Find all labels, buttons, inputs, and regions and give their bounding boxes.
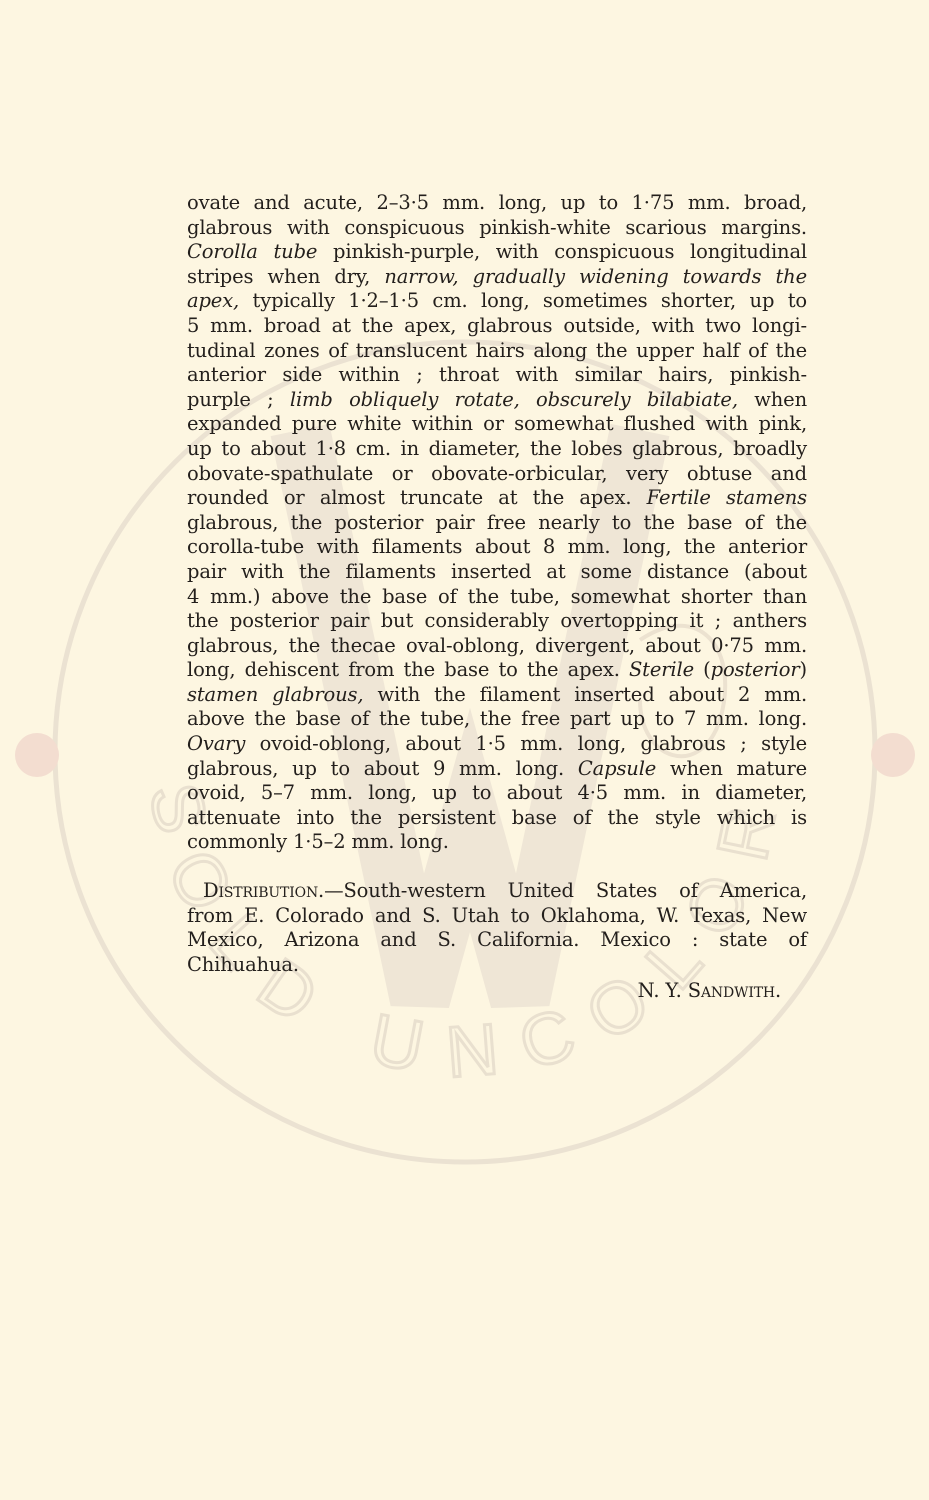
description-line: rounded or almost truncate at the apex. … [187, 486, 807, 511]
description-line: stripes when dry, narrow, gradually wide… [187, 265, 807, 290]
distribution-line-1: Distribution.—South-western United State… [187, 879, 807, 904]
italic-term: Corolla tube [187, 240, 317, 263]
text-run: when mature [656, 757, 807, 780]
description-line: pair with the filaments inserted at some… [187, 560, 807, 585]
description-line: expanded pure white within or somewhat f… [187, 412, 807, 437]
description-line: attenuate into the persistent base of th… [187, 806, 807, 831]
text-run: ovoid, 5–7 mm. long, up to about 4·5 mm.… [187, 781, 807, 804]
description-line: long, dehiscent from the base to the ape… [187, 658, 807, 683]
text-run: anterior side within ; throat with simil… [187, 363, 807, 386]
text-run: up to about 1·8 cm. in diameter, the lob… [187, 437, 807, 460]
text-run: attenuate into the persistent base of th… [187, 806, 807, 829]
text-run: pinkish-purple, with conspicuous longitu… [317, 240, 807, 263]
text-run: with the filament inserted about 2 mm. [363, 683, 807, 706]
italic-term: narrow, gradually widening towards the [384, 265, 807, 288]
text-run: purple ; [187, 388, 290, 411]
description-line: 5 mm. broad at the apex, glabrous outsid… [187, 314, 807, 339]
italic-term: Sterile [629, 658, 694, 681]
description-line: ovoid, 5–7 mm. long, up to about 4·5 mm.… [187, 781, 807, 806]
description-line: ovate and acute, 2–3·5 mm. long, up to 1… [187, 191, 807, 216]
italic-term: Ovary [187, 732, 245, 755]
text-run: ovoid-oblong, about 1·5 mm. long, glabro… [245, 732, 807, 755]
description-line: glabrous, up to about 9 mm. long. Capsul… [187, 757, 807, 782]
italic-term: limb obliquely rotate, obscurely bilabia… [290, 388, 738, 411]
description-line: tudinal zones of translucent hairs along… [187, 339, 807, 364]
description-line: purple ; limb obliquely rotate, obscurel… [187, 388, 807, 413]
italic-term: Fertile stamens [647, 486, 807, 509]
text-run: corolla-tube with filaments about 8 mm. … [187, 535, 807, 558]
description-line: glabrous, the thecae oval-oblong, diverg… [187, 634, 807, 659]
text-run: the posterior pair but considerably over… [187, 609, 807, 632]
description-line: up to about 1·8 cm. in diameter, the lob… [187, 437, 807, 462]
text-run: glabrous, up to about 9 mm. long. [187, 757, 578, 780]
text-run: stripes when dry, [187, 265, 384, 288]
text-run: 4 mm.) above the base of the tube, somew… [187, 585, 807, 608]
text-run: 5 mm. broad at the apex, glabrous outsid… [187, 314, 807, 337]
description-line: glabrous, the posterior pair free nearly… [187, 511, 807, 536]
text-run: pair with the filaments inserted at some… [187, 560, 807, 583]
text-run: glabrous with conspicuous pinkish-white … [187, 216, 807, 239]
description-line: the posterior pair but considerably over… [187, 609, 807, 634]
watermark-dot-right [871, 733, 915, 777]
description-line: Ovary ovoid-oblong, about 1·5 mm. long, … [187, 732, 807, 757]
text-run: expanded pure white within or somewhat f… [187, 412, 807, 435]
description-line: above the base of the tube, the free par… [187, 707, 807, 732]
text-run: commonly 1·5–2 mm. long. [187, 830, 449, 853]
description-line: Corolla tube pinkish-purple, with conspi… [187, 240, 807, 265]
watermark-dot-left [15, 733, 59, 777]
text-run: ) [800, 658, 807, 681]
document-page: SOLD UNCOLORED ovate and acute, 2–3·5 mm… [0, 0, 929, 1500]
italic-term: posterior [711, 658, 800, 681]
species-description: ovate and acute, 2–3·5 mm. long, up to 1… [187, 191, 807, 1004]
description-line: glabrous with conspicuous pinkish-white … [187, 216, 807, 241]
text-run: when [738, 388, 807, 411]
description-line: obovate-spathulate or obovate-orbicular,… [187, 462, 807, 487]
text-run: ovate and acute, 2–3·5 mm. long, up to 1… [187, 191, 807, 214]
description-line: anterior side within ; throat with simil… [187, 363, 807, 388]
text-run: typically 1·2–1·5 cm. long, sometimes sh… [239, 289, 807, 312]
description-line: apex, typically 1·2–1·5 cm. long, someti… [187, 289, 807, 314]
italic-term: apex, [187, 289, 239, 312]
distribution-line-2: from E. Colorado and S. Utah to Oklahoma… [187, 904, 807, 929]
distribution-heading: Distribution. [203, 879, 324, 902]
text-run: tudinal zones of translucent hairs along… [187, 339, 807, 362]
italic-term: stamen glabrous, [187, 683, 363, 706]
text-run: glabrous, the posterior pair free nearly… [187, 511, 807, 534]
description-line: corolla-tube with filaments about 8 mm. … [187, 535, 807, 560]
description-line: commonly 1·5–2 mm. long. [187, 830, 807, 855]
distribution-line-4: Chihuahua. [187, 953, 807, 978]
text-run: rounded or almost truncate at the apex. [187, 486, 647, 509]
description-line: stamen glabrous, with the filament inser… [187, 683, 807, 708]
text-run: ( [694, 658, 711, 681]
distribution-paragraph: Distribution.—South-western United State… [187, 879, 807, 977]
italic-term: Capsule [578, 757, 656, 780]
description-paragraph: ovate and acute, 2–3·5 mm. long, up to 1… [187, 191, 807, 855]
description-line: 4 mm.) above the base of the tube, somew… [187, 585, 807, 610]
text-run: above the base of the tube, the free par… [187, 707, 807, 730]
text-run: long, dehiscent from the base to the ape… [187, 658, 629, 681]
text-run: obovate-spathulate or obovate-orbicular,… [187, 462, 807, 485]
distribution-line-3: Mexico, Arizona and S. California. Mexic… [187, 928, 807, 953]
text-run: glabrous, the thecae oval-oblong, diverg… [187, 634, 807, 657]
author-signature: N. Y. Sandwith. [187, 979, 807, 1004]
